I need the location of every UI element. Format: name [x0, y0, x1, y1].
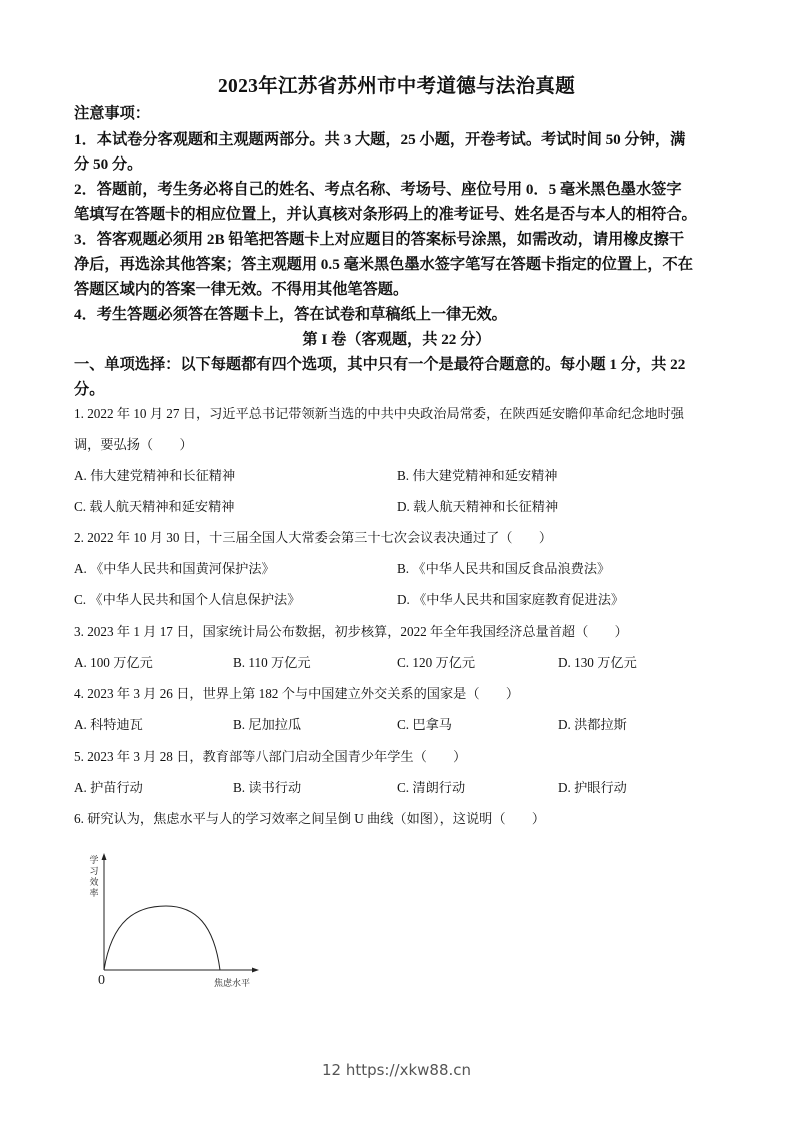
- question-3-option-c: C. 120 万亿元: [397, 654, 475, 672]
- question-2-option-c: C. 《中华人民共和国个人信息保护法》: [74, 591, 300, 609]
- notice-item-3-line-3: 答题区域内的答案一律无效。不得用其他笔答题。: [74, 280, 724, 300]
- y-label-char: 效: [87, 878, 101, 889]
- question-5-stem: 5. 2023 年 3 月 28 日，教育部等八部门启动全国青少年学生（ ）: [74, 748, 734, 766]
- question-4-option-d: D. 洪都拉斯: [558, 716, 627, 734]
- question-3-option-b: B. 110 万亿元: [233, 654, 311, 672]
- page-title: 2023年江苏省苏州市中考道德与法治真题: [0, 70, 793, 98]
- question-3-option-d: D. 130 万亿元: [558, 654, 637, 672]
- question-2-option-a: A. 《中华人民共和国黄河保护法》: [74, 560, 275, 578]
- question-6-stem: 6. 研究认为，焦虑水平与人的学习效率之间呈倒 U 曲线（如图），这说明（ ）: [74, 810, 734, 828]
- page-footer: 12 https://xkw88.cn: [0, 1061, 793, 1079]
- y-axis-arrow-icon: [102, 853, 107, 860]
- part-title: 第 I 卷（客观题，共 22 分）: [0, 330, 793, 350]
- inverted-u-chart: 学 习 效 率 0 焦虑水平: [74, 850, 274, 995]
- y-label-char: 习: [87, 867, 101, 878]
- question-4-stem: 4. 2023 年 3 月 26 日，世界上第 182 个与中国建立外交关系的国…: [74, 685, 734, 703]
- notice-item-3-line-2: 净后，再选涂其他答案；答主观题用 0.5 毫米黑色墨水签字笔写在答题卡指定的位置…: [74, 255, 724, 275]
- notice-item-1-line-1: 1．本试卷分客观题和主观题两部分。共 3 大题，25 小题，开卷考试。考试时间 …: [74, 130, 724, 150]
- question-3-stem: 3. 2023 年 1 月 17 日，国家统计局公布数据，初步核算，2022 年…: [74, 623, 734, 641]
- notice-item-2-line-2: 笔填写在答题卡的相应位置上，并认真核对条形码上的准考证号、姓名是否与本人的相符合…: [74, 205, 724, 225]
- question-1-option-a: A. 伟大建党精神和长征精神: [74, 467, 235, 485]
- question-4-option-a: A. 科特迪瓦: [74, 716, 143, 734]
- question-4-option-b: B. 尼加拉瓜: [233, 716, 301, 734]
- question-5-option-c: C. 清朗行动: [397, 779, 465, 797]
- exam-page: 2023年江苏省苏州市中考道德与法治真题 注意事项： 1．本试卷分客观题和主观题…: [0, 0, 793, 1122]
- question-2-stem: 2. 2022 年 10 月 30 日，十三届全国人大常委会第三十七次会议表决通…: [74, 529, 734, 547]
- question-1-option-d: D. 载人航天精神和长征精神: [397, 498, 558, 516]
- section-heading-line-1: 一、单项选择：以下每题都有四个选项，其中只有一个是最符合题意的。每小题 1 分，…: [74, 355, 724, 375]
- section-heading-line-2: 分。: [74, 380, 724, 400]
- x-axis-arrow-icon: [252, 968, 259, 973]
- question-5-option-d: D. 护眼行动: [558, 779, 627, 797]
- question-5-option-a: A. 护苗行动: [74, 779, 143, 797]
- question-1-stem-line-1: 1. 2022 年 10 月 27 日，习近平总书记带领新当选的中共中央政治局常…: [74, 405, 734, 423]
- question-3-option-a: A. 100 万亿元: [74, 654, 153, 672]
- question-1-option-c: C. 载人航天精神和延安精神: [74, 498, 234, 516]
- y-label-char: 学: [87, 856, 101, 867]
- notice-item-2-line-1: 2．答题前，考生务必将自己的姓名、考点名称、考场号、座位号用 0．5 毫米黑色墨…: [74, 180, 724, 200]
- question-2-option-b: B. 《中华人民共和国反食品浪费法》: [397, 560, 610, 578]
- y-label-char: 率: [87, 889, 101, 900]
- x-axis-label: 焦虑水平: [214, 976, 250, 989]
- y-axis-label: 学 习 效 率: [87, 856, 101, 900]
- notice-item-4-line-1: 4．考生答题必须答在答题卡上，答在试卷和草稿纸上一律无效。: [74, 305, 724, 325]
- notice-item-3-line-1: 3．答客观题必须用 2B 铅笔把答题卡上对应题目的答案标号涂黑，如需改动，请用橡…: [74, 230, 724, 250]
- notice-item-1-line-2: 分 50 分。: [74, 155, 724, 175]
- question-4-option-c: C. 巴拿马: [397, 716, 452, 734]
- question-1-option-b: B. 伟大建党精神和延安精神: [397, 467, 557, 485]
- question-1-stem-line-2: 调，要弘扬（ ）: [74, 436, 734, 454]
- question-5-option-b: B. 读书行动: [233, 779, 301, 797]
- origin-label: 0: [98, 973, 105, 989]
- notice-heading: 注意事项：: [74, 104, 724, 124]
- question-2-option-d: D. 《中华人民共和国家庭教育促进法》: [397, 591, 624, 609]
- inverted-u-curve: [104, 906, 220, 970]
